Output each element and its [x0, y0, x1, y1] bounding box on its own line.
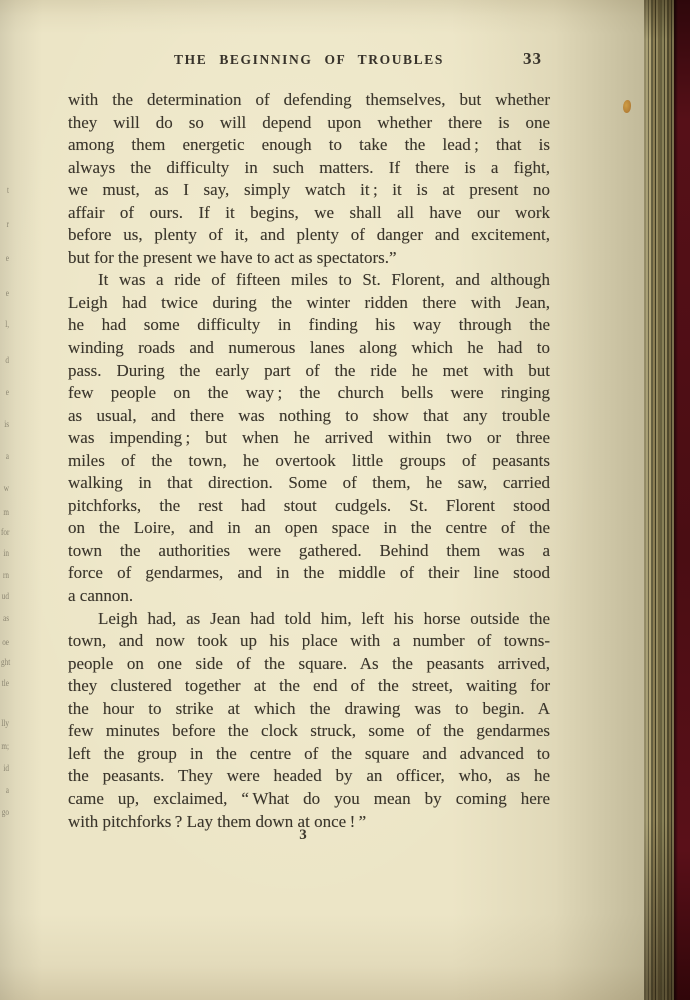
text-line: town, and now took up his place with a n… — [68, 630, 550, 653]
bleed-through-text-fragment: e — [1, 289, 9, 298]
bleed-through-text-fragment: rn — [1, 571, 9, 580]
text-line: pitchforks, the rest had stout cudgels. … — [68, 495, 550, 518]
bleed-through-text-fragment: as — [1, 614, 9, 623]
bleed-through-text-fragment: ght — [1, 658, 9, 667]
text-line: miles of the town, he overtook little gr… — [68, 450, 550, 473]
bleed-through-text-fragment: t — [1, 186, 9, 195]
bleed-through-text-fragment: oe — [1, 638, 9, 647]
text-line: a cannon. — [68, 585, 550, 608]
text-line: among them energetic enough to take the … — [68, 134, 550, 157]
fore-edge — [644, 0, 674, 1000]
bleed-through-text-fragment: a — [1, 786, 9, 795]
page-paper: treel,deisawmforinrnudasoeghttlellym;ida… — [0, 0, 644, 1000]
header-title: THE BEGINNING OF TROUBLES — [68, 52, 550, 68]
text-line: they will do so will depend upon whether… — [68, 112, 550, 135]
bleed-through-text-fragment: go — [1, 808, 9, 817]
text-line: the hour to strike at which the drawing … — [68, 698, 550, 721]
bleed-through-text-fragment: in — [1, 549, 9, 558]
text-line: few people on the way ; the church bells… — [68, 382, 550, 405]
bleed-through-text-fragment: m; — [1, 742, 9, 751]
bleed-through-text-fragment: d — [1, 356, 9, 365]
text-line: Leigh had twice during the winter ridden… — [68, 292, 550, 315]
text-line: but for the present we have to act as sp… — [68, 247, 550, 270]
text-line: walking in that direction. Some of them,… — [68, 472, 550, 495]
text-line: affair of ours. If it begins, we shall a… — [68, 202, 550, 225]
text-line: winding roads and numerous lanes along w… — [68, 337, 550, 360]
bleed-through-text-fragment: e — [1, 388, 9, 397]
bleed-through-text-fragment: for — [1, 528, 9, 537]
text-line: we must, as I say, simply watch it ; it … — [68, 179, 550, 202]
text-line: few minutes before the clock struck, som… — [68, 720, 550, 743]
text-line: was impending ; but when he arrived with… — [68, 427, 550, 450]
running-head: THE BEGINNING OF TROUBLES 33 — [68, 52, 550, 76]
text-line: Leigh had, as Jean had told him, left hi… — [68, 608, 550, 631]
body-text: with the determination of defending them… — [68, 89, 550, 833]
text-line: before us, plenty of it, and plenty of d… — [68, 224, 550, 247]
text-line: as usual, and there was nothing to show … — [68, 405, 550, 428]
bleed-through-text-fragment: w — [1, 484, 9, 493]
text-line: always the difficulty in such matters. I… — [68, 157, 550, 180]
scanned-book-page: treel,deisawmforinrnudasoeghttlellym;ida… — [0, 0, 690, 1000]
foxing-spot — [623, 100, 631, 113]
cover-edge — [674, 0, 690, 1000]
bleed-through-text-fragment: l, — [1, 320, 9, 329]
bleed-through-text-fragment: is — [1, 420, 9, 429]
text-line: with the determination of defending them… — [68, 89, 550, 112]
bleed-through-text-fragment: e — [1, 254, 9, 263]
text-line: the peasants. They were headed by an off… — [68, 765, 550, 788]
signature-mark: 3 — [68, 827, 538, 844]
text-line: on the Loire, and in an open space in th… — [68, 517, 550, 540]
text-line: town the authorities were gathered. Behi… — [68, 540, 550, 563]
text-line: came up, exclaimed, “ What do you mean b… — [68, 788, 550, 811]
bleed-through-text-fragment: a — [1, 452, 9, 461]
text-line: left the group in the centre of the squa… — [68, 743, 550, 766]
bleed-through-text-fragment: ud — [1, 592, 9, 601]
bleed-through-text-fragment: r — [1, 220, 9, 229]
text-line: It was a ride of fifteen miles to St. Fl… — [68, 269, 550, 292]
gutter-edge: treel,deisawmforinrnudasoeghttlellym;ida… — [0, 0, 14, 1000]
bleed-through-text-fragment: m — [1, 508, 9, 517]
bleed-through-text-fragment: lly — [1, 719, 9, 728]
text-line: pass. During the early part of the ride … — [68, 360, 550, 383]
text-line: force of gendarmes, and in the middle of… — [68, 562, 550, 585]
page-number: 33 — [523, 49, 542, 69]
text-line: people on one side of the square. As the… — [68, 653, 550, 676]
bleed-through-text-fragment: tle — [1, 679, 9, 688]
text-line: they clustered together at the end of th… — [68, 675, 550, 698]
text-line: he had some difficulty in finding his wa… — [68, 314, 550, 337]
bleed-through-text-fragment: id — [1, 764, 9, 773]
